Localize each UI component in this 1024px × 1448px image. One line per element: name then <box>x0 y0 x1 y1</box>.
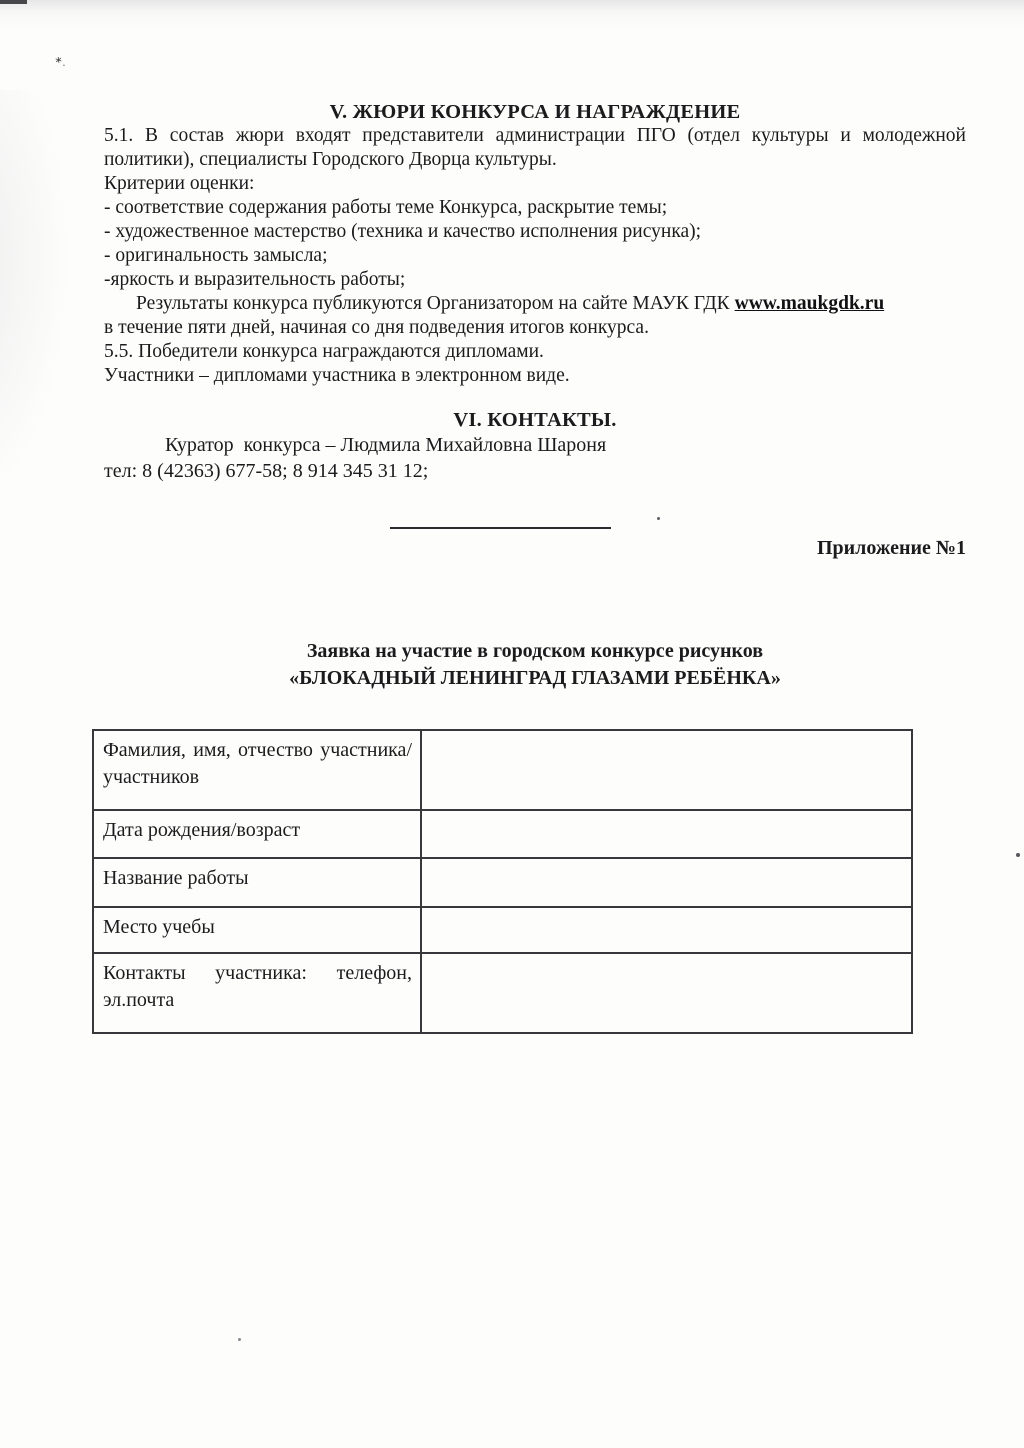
scan-shadow-top <box>0 0 1024 30</box>
row-value-name <box>421 730 912 810</box>
scan-speck <box>238 1338 241 1341</box>
row-value-birthdate <box>421 810 912 858</box>
application-form-table: Фамилия, имя, отчество участника/участни… <box>92 729 913 1034</box>
row-value-study-place <box>421 907 912 953</box>
scanned-document-page: *. V. ЖЮРИ КОНКУРСА И НАГРАЖДЕНИЕ 5.1. В… <box>0 0 1024 1448</box>
table-row: Контакты участника: телефон, эл.почта <box>93 953 912 1033</box>
section-vi-heading: VI. КОНТАКТЫ. <box>104 408 966 432</box>
table-row: Фамилия, имя, отчество участника/участни… <box>93 730 912 810</box>
row-label-study-place: Место учебы <box>93 907 421 953</box>
website-url: www.maukgdk.ru <box>735 293 885 314</box>
form-title-line2: «БЛОКАДНЫЙ ЛЕНИНГРАД ГЛАЗАМИ РЕБЁНКА» <box>104 665 966 692</box>
row-value-contacts <box>421 953 912 1033</box>
criteria-item: - соответствие содержания работы теме Ко… <box>104 196 966 220</box>
criteria-label: Критерии оценки: <box>104 172 966 196</box>
scan-artifact-corner <box>0 0 27 4</box>
curator-line: Куратор конкурса – Людмила Михайловна Ша… <box>104 432 966 458</box>
appendix-label: Приложение №1 <box>104 536 966 560</box>
para-5-1-line1: 5.1. В состав жюри входят представители … <box>104 124 966 148</box>
table-row: Дата рождения/возраст <box>93 810 912 858</box>
scan-speck <box>1016 853 1020 857</box>
scan-shadow-left <box>0 90 70 510</box>
para-5-5: 5.5. Победители конкурса награждаются ди… <box>104 340 966 364</box>
row-label-contacts: Контакты участника: телефон, эл.почта <box>93 953 421 1033</box>
para-5-1-line2: политики), специалисты Городского Дворца… <box>104 148 966 172</box>
criteria-item: -яркость и выразительность работы; <box>104 268 966 292</box>
phone-line: тел: 8 (42363) 677-58; 8 914 345 31 12; <box>104 458 966 484</box>
section-v-heading: V. ЖЮРИ КОНКУРСА И НАГРАЖДЕНИЕ <box>104 100 966 124</box>
form-title: Заявка на участие в городском конкурсе р… <box>104 638 966 692</box>
document-body: V. ЖЮРИ КОНКУРСА И НАГРАЖДЕНИЕ 5.1. В со… <box>104 100 966 1034</box>
table-row: Название работы <box>93 858 912 907</box>
results-line1: Результаты конкурса публикуются Организа… <box>104 292 966 316</box>
results-text: Результаты конкурса публикуются Организа… <box>136 293 730 314</box>
row-label-birthdate: Дата рождения/возраст <box>93 810 421 858</box>
row-label-work-title: Название работы <box>93 858 421 907</box>
form-title-line1: Заявка на участие в городском конкурсе р… <box>104 638 966 665</box>
results-line2: в течение пяти дней, начиная со дня подв… <box>104 316 966 340</box>
criteria-item: - оригинальность замысла; <box>104 244 966 268</box>
row-label-name: Фамилия, имя, отчество участника/участни… <box>93 730 421 810</box>
row-value-work-title <box>421 858 912 907</box>
divider-line <box>390 527 611 529</box>
criteria-item: - художественное мастерство (техника и к… <box>104 220 966 244</box>
table-row: Место учебы <box>93 907 912 953</box>
scan-speck: *. <box>55 57 71 73</box>
para-participants: Участники – дипломами участника в электр… <box>104 364 966 388</box>
